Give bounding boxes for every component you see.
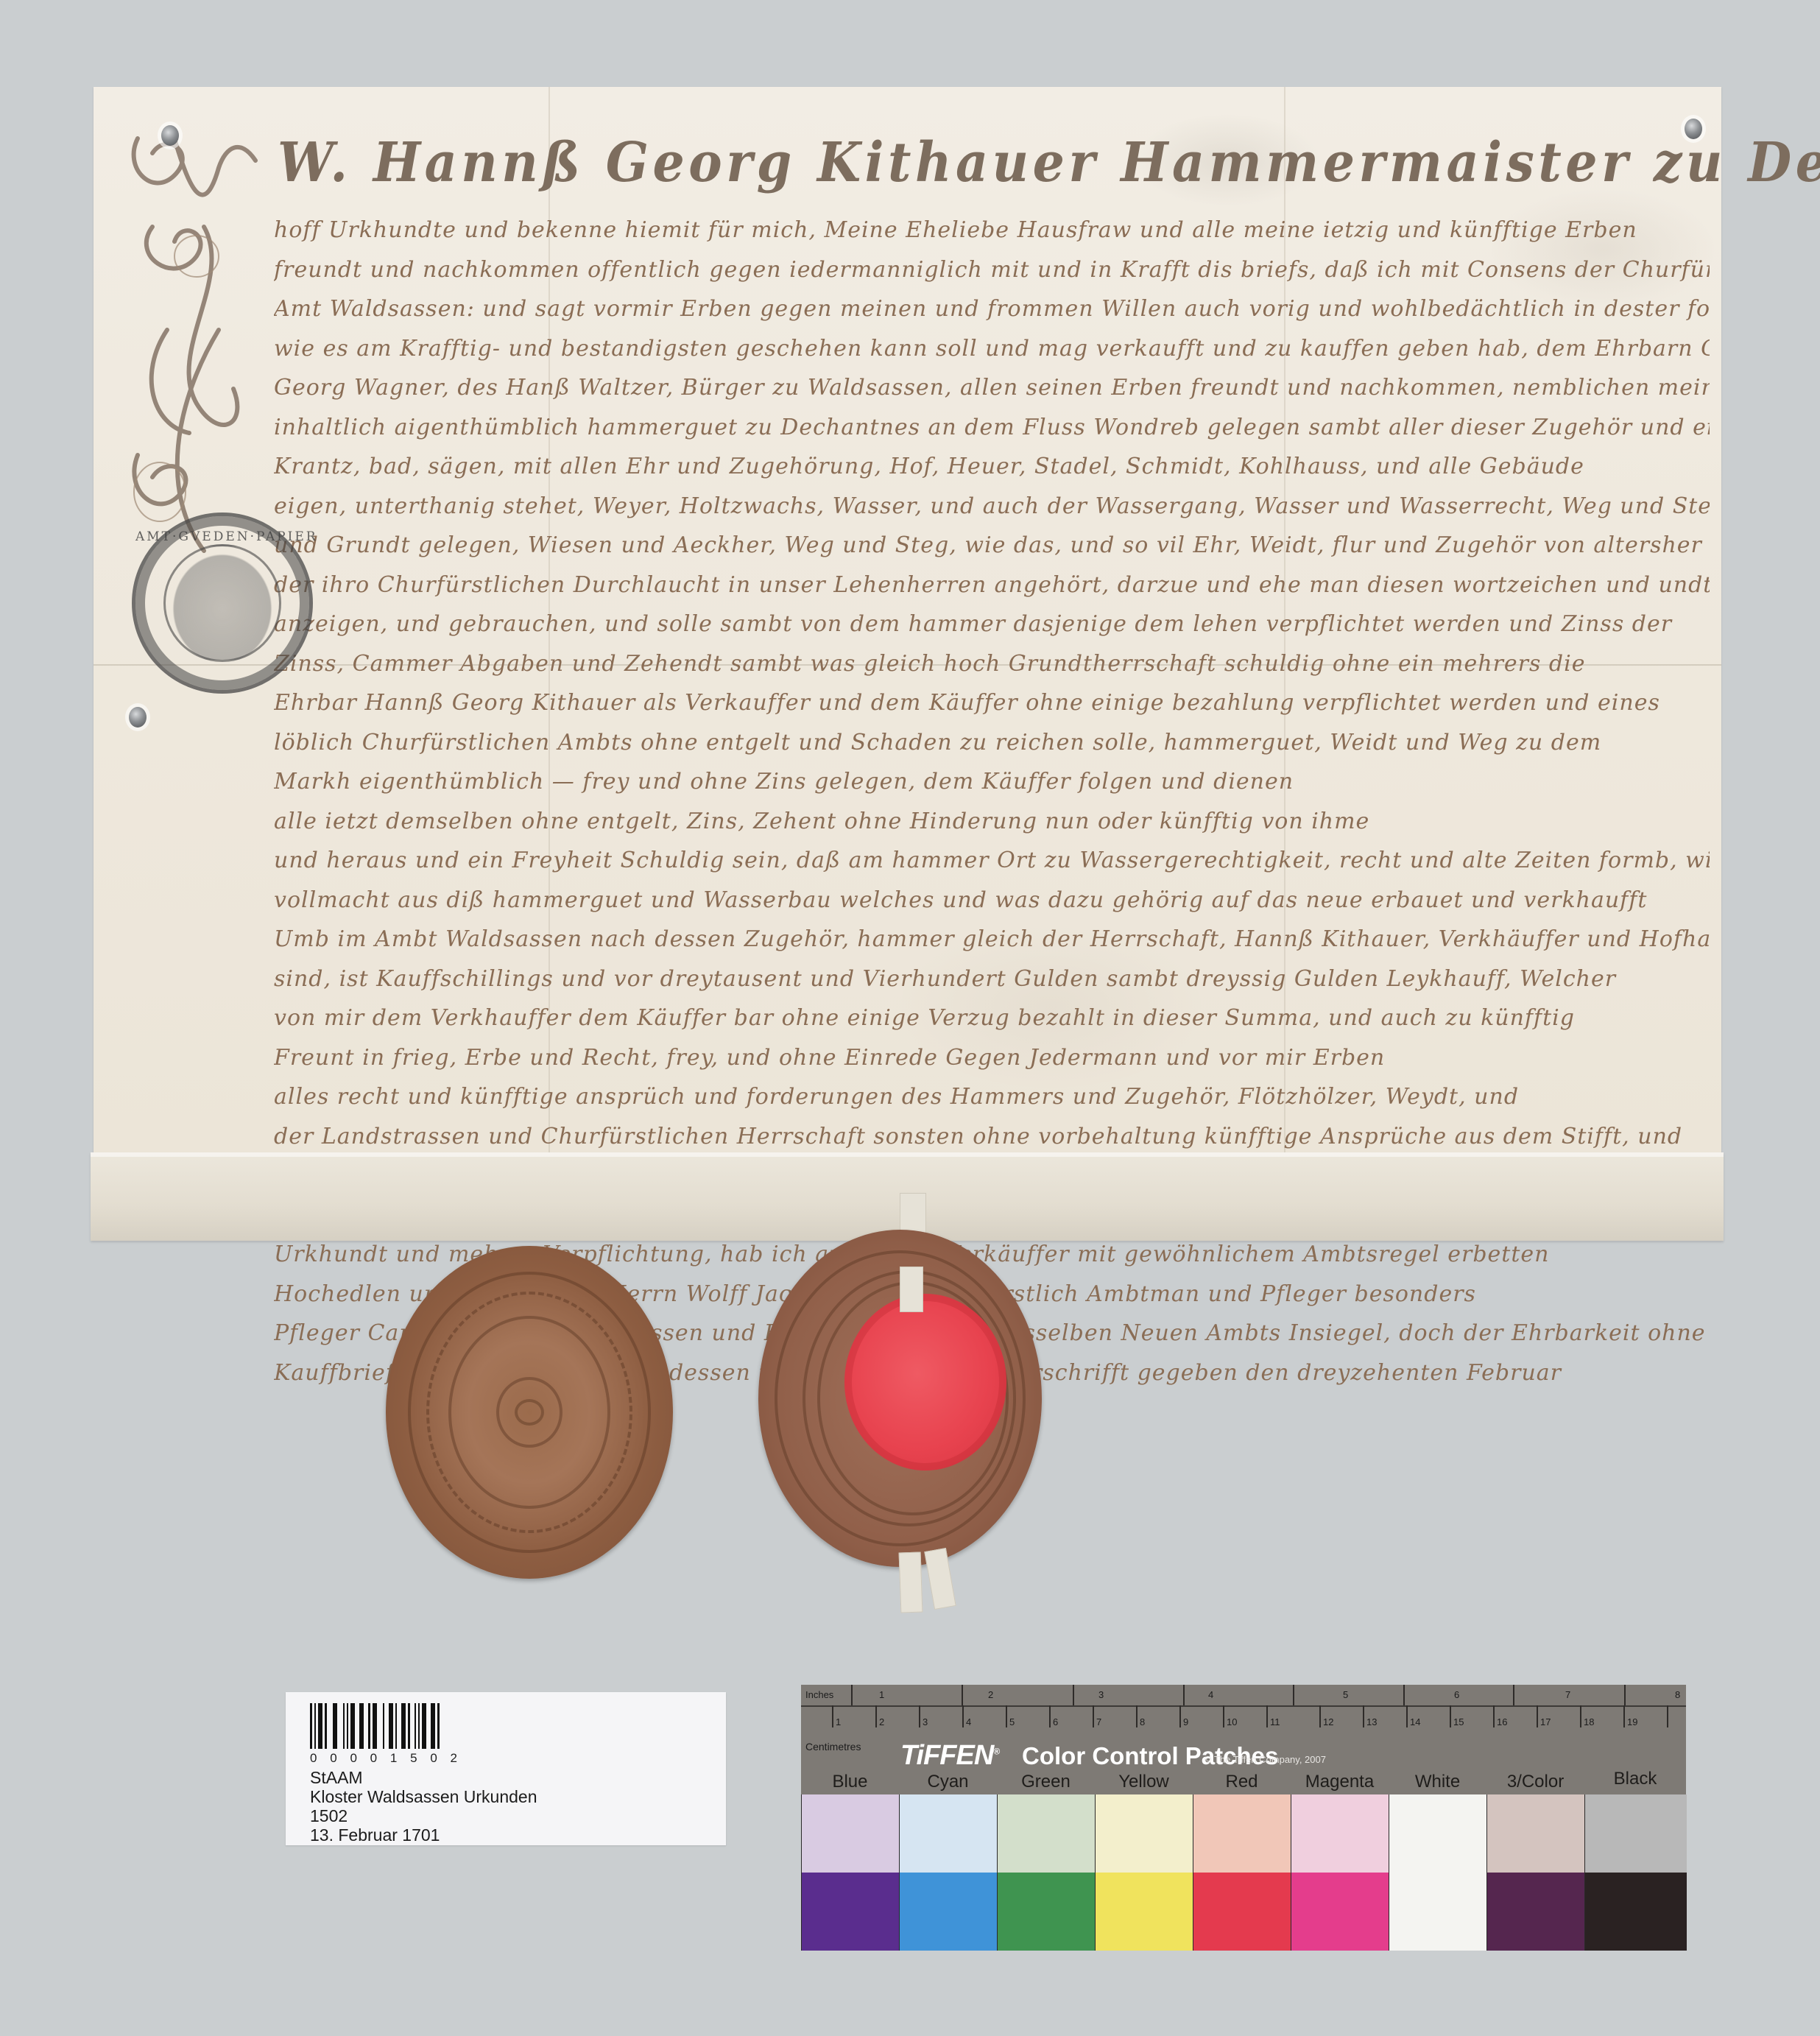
text-line: freundt und nachkommen offentlich gegen … [274,250,1710,290]
patch-label: Magenta [1291,1772,1389,1792]
text-line: Krantz, bad, sägen, mit allen Ehr und Zu… [274,447,1710,487]
patch-white [1389,1794,1487,1951]
patch-green-light [997,1794,1096,1873]
patch-magenta-light [1291,1794,1389,1873]
text-line: inhaltlich aigenthümblich hammerguet zu … [274,408,1710,448]
patch-label: Red [1193,1772,1291,1792]
patch-label: White [1389,1772,1486,1792]
barcode [310,1703,442,1749]
collection-name: Kloster Waldsassen Urkunden [310,1787,537,1806]
cm-tick-label: 1 [836,1716,841,1727]
patch-yellow-light [1095,1794,1193,1873]
seal-strap-end [924,1548,956,1610]
patch-black-light [1584,1794,1687,1873]
cm-tick-label: 16 [1497,1716,1507,1727]
seal-strap-end [899,1552,923,1613]
patch-label: 3/Color [1486,1772,1584,1792]
barcode-digit: 0 [310,1751,317,1766]
barcode-digit: 1 [390,1751,397,1766]
archive-label: 0 0 0 0 1 5 0 2 StAAM Kloster Waldsassen… [286,1692,726,1845]
patch-yellow-dark [1095,1873,1193,1951]
patch-3color-dark [1486,1873,1585,1951]
patch-red-light [1193,1794,1291,1873]
text-line: wie es am Krafftig- und bestandigsten ge… [274,329,1710,369]
text-line: Georg Wagner, des Hanß Waltzer, Bürger z… [274,368,1710,408]
red-wax-seal [844,1294,1006,1470]
barcode-digit: 0 [370,1751,377,1766]
plica-crease [91,1152,1724,1157]
inches-label: Inches [805,1689,833,1700]
text-line: sind, ist Kauffschillings und vor dreyta… [274,959,1710,999]
cm-tick-label: 17 [1540,1716,1551,1727]
cm-tick-label: 3 [923,1716,928,1727]
color-control-chart: Inches Centimetres 1 2 3 4 5 6 7 8 [801,1685,1686,1951]
cm-tick-label: 7 [1096,1716,1101,1727]
barcode-digit: 0 [350,1751,356,1766]
cm-tick-label: 5 [1009,1716,1015,1727]
cm-tick-label: 8 [1140,1716,1145,1727]
color-patches [801,1794,1686,1951]
centimetres-label: Centimetres [805,1741,861,1753]
registered-mark: ® [993,1746,999,1756]
parchment-document: W. Hannß Georg Kithauer Hammermaister zu… [94,87,1721,1155]
cm-tick-label: 12 [1323,1716,1333,1727]
mounting-pin-icon [1685,119,1702,139]
text-line: Freunt in frieg, Erbe und Recht, frey, u… [274,1038,1710,1078]
cm-tick-label: 2 [879,1716,884,1727]
patch-label: Yellow [1095,1772,1193,1792]
chart-header: Inches Centimetres 1 2 3 4 5 6 7 8 [801,1685,1686,1794]
text-line: von mir dem Verkhauffer dem Käuffer bar … [274,998,1710,1038]
inch-tick-label: 8 [1675,1689,1680,1700]
text-line: löblich Churfürstlichen Ambts ohne entge… [274,723,1710,763]
mounting-pin-icon [161,125,179,146]
inch-tick-label: 2 [988,1689,993,1700]
text-line: der Landstrassen und Churfürstlichen Her… [274,1117,1710,1157]
document-number: 1502 [310,1806,537,1825]
inch-tick-label: 4 [1208,1689,1213,1700]
text-line: alle ietzt demselben ohne entgelt, Zins,… [274,802,1710,842]
inch-tick-label: 5 [1343,1689,1348,1700]
coat-of-arms-icon [163,544,281,662]
text-line: Ehrbar Hannß Georg Kithauer als Verkauff… [274,683,1710,723]
barcode-number: 0 0 0 0 1 5 0 2 [310,1751,457,1766]
inch-tick-label: 1 [879,1689,884,1700]
inch-ruler [801,1685,1686,1707]
barcode-digit: 0 [330,1751,336,1766]
label-text: StAAM Kloster Waldsassen Urkunden 1502 1… [310,1768,537,1845]
text-line: Umb im Ambt Waldsassen nach dessen Zugeh… [274,920,1710,959]
cm-tick-label: 11 [1270,1716,1280,1727]
cm-tick-label: 18 [1584,1716,1594,1727]
inch-tick-label: 6 [1454,1689,1459,1700]
patch-label: Green [997,1772,1095,1792]
brand-name: TiFFEN [900,1740,993,1771]
text-line: und heraus und ein Freyheit Schuldig sei… [274,841,1710,881]
cm-tick-label: 10 [1227,1716,1237,1727]
text-line: und Grundt gelegen, Wiesen und Aeckher, … [274,526,1710,566]
inch-tick-label: 3 [1098,1689,1104,1700]
cm-tick-label: 4 [966,1716,971,1727]
chart-copyright: © The Tiffen Company, 2007 [1204,1754,1326,1765]
cm-tick-label: 19 [1627,1716,1637,1727]
tiffen-logo: TiFFEN® [900,1740,999,1772]
barcode-digit: 0 [430,1751,437,1766]
document-title-line: W. Hannß Georg Kithauer Hammermaister zu… [278,131,1605,219]
cm-tick-label: 6 [1053,1716,1058,1727]
patch-red-dark [1193,1873,1291,1951]
stamp-legend: AMT·GVEDEN·PAPIER [135,529,309,544]
patch-label: Blue [801,1772,899,1792]
cm-tick-label: 14 [1410,1716,1420,1727]
cm-tick-label: 13 [1366,1716,1377,1727]
decorated-initial-flourish [108,109,285,566]
patch-label: Black [1584,1769,1686,1789]
wooden-seal-capsule-lid [386,1246,673,1579]
patch-green-dark [997,1873,1096,1951]
barcode-digit: 2 [451,1751,457,1766]
cm-tick-label: 9 [1183,1716,1188,1727]
text-line: vollmacht aus diß hammerguet und Wasserb… [274,881,1710,920]
patch-black-dark [1584,1873,1687,1951]
text-line: eigen, unterthanig stehet, Weyer, Holtzw… [274,487,1710,526]
patch-3color-light [1486,1794,1585,1873]
text-line: hoff Urkhundte und bekenne hiemit für mi… [274,211,1710,250]
barcode-digit: 5 [410,1751,417,1766]
text-line: Zinss, Cammer Abgaben und Zehendt sambt … [274,644,1710,684]
patch-names: Blue Cyan Green Yellow Red Magenta White… [801,1772,1686,1794]
text-line: Amt Waldsassen: und sagt vormir Erben ge… [274,289,1710,329]
patch-blue-light [801,1794,900,1873]
text-line: Markh eigenthümblich — frey und ohne Zin… [274,762,1710,802]
inch-tick-label: 7 [1565,1689,1570,1700]
text-line: anzeigen, und gebrauchen, und solle samb… [274,605,1710,644]
document-date: 13. Februar 1701 [310,1825,537,1845]
mounting-pin-icon [129,707,147,728]
patch-blue-dark [801,1873,900,1951]
cm-tick-label: 15 [1453,1716,1464,1727]
seal-strap [900,1267,923,1312]
patch-cyan-dark [899,1873,998,1951]
patch-label: Cyan [899,1772,997,1792]
text-line: der ihro Churfürstlichen Durchlaucht in … [274,566,1710,605]
patch-magenta-dark [1291,1873,1389,1951]
ink-seal-stamp: AMT·GVEDEN·PAPIER [132,512,313,694]
archive-name: StAAM [310,1768,537,1787]
patch-cyan-light [899,1794,998,1873]
text-line: alles recht und künfftige ansprüch und f… [274,1077,1710,1117]
